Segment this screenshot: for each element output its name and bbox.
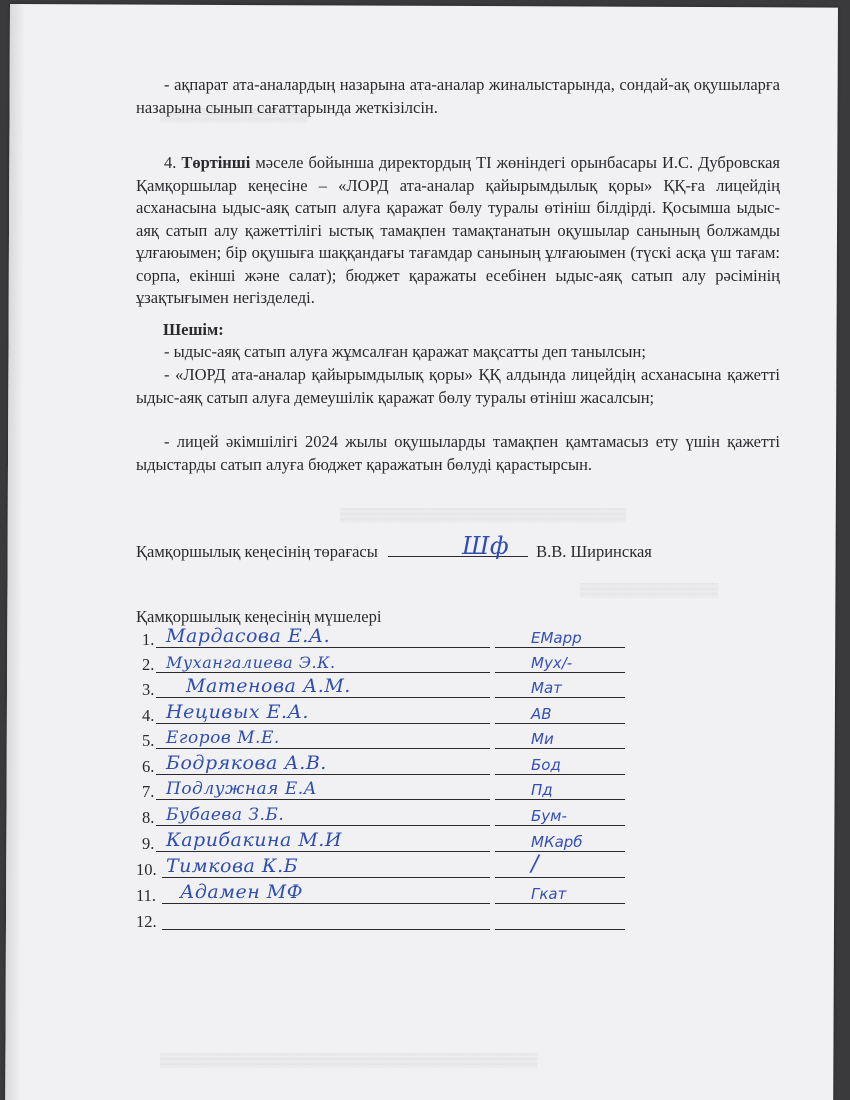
member-name: Тимкова К.Б bbox=[166, 855, 298, 877]
member-row: 10. Тимкова К.Б / bbox=[136, 854, 636, 881]
member-name-line bbox=[156, 748, 490, 749]
item-4-paragraph: 4. Төртінші мәселе бойынша директордың Т… bbox=[136, 152, 780, 310]
member-name-line bbox=[156, 799, 490, 800]
member-number: 1. bbox=[142, 631, 154, 649]
member-number: 8. bbox=[142, 809, 154, 827]
member-name-line bbox=[156, 723, 490, 724]
member-signature: Пд bbox=[531, 781, 553, 799]
chair-signature-row: Қамқоршылық кеңесінің төрағасы В.В. Шири… bbox=[136, 539, 652, 563]
member-row: 11. Адамен МФ Гкат bbox=[136, 880, 636, 907]
member-number: 10. bbox=[136, 861, 157, 879]
member-name-line bbox=[156, 825, 490, 826]
member-signature: Бум- bbox=[531, 807, 567, 825]
member-row: 4. Нецивых Е.А. АВ bbox=[136, 700, 636, 727]
member-name-line bbox=[156, 851, 490, 852]
member-number: 9. bbox=[142, 835, 154, 853]
member-name: Бубаева З.Б. bbox=[166, 805, 284, 825]
member-row: 2. Мухангалиева Э.К. Мух/- bbox=[136, 649, 636, 676]
member-signature: Бод bbox=[531, 756, 561, 774]
member-row: 12. bbox=[136, 906, 636, 933]
decision-item-2: - «ЛОРД ата-аналар қайырымдылық қоры» ҚҚ… bbox=[136, 364, 780, 409]
member-row: 5. Егоров М.Е. Ми bbox=[136, 725, 636, 752]
member-signature: Гкат bbox=[531, 885, 566, 903]
member-signature-line bbox=[495, 647, 625, 648]
member-name-line bbox=[156, 647, 490, 648]
member-name-line bbox=[156, 697, 490, 698]
member-signature-line bbox=[495, 825, 625, 826]
member-signature-line bbox=[495, 851, 625, 852]
member-signature-line bbox=[495, 723, 625, 724]
member-row: 9. Карибакина М.И МКарб bbox=[136, 828, 636, 855]
member-name: Мардасова Е.А. bbox=[166, 625, 330, 647]
member-name: Бодрякова А.В. bbox=[166, 752, 327, 774]
page-edge bbox=[5, 4, 24, 1100]
member-signature: Мат bbox=[531, 679, 562, 697]
item-4-number: 4. bbox=[164, 153, 176, 172]
member-number: 7. bbox=[142, 783, 154, 801]
chair-label: Қамқоршылық кеңесінің төрағасы bbox=[136, 542, 378, 561]
member-signature: Ми bbox=[531, 730, 554, 748]
member-row: 1. Мардасова Е.А. ЕМарр bbox=[136, 624, 636, 651]
item-4-bold-word: Төртінші bbox=[181, 153, 250, 172]
member-name: Мухангалиева Э.К. bbox=[166, 653, 336, 672]
member-name: Егоров М.Е. bbox=[166, 728, 280, 748]
member-number: 2. bbox=[142, 656, 154, 674]
member-name-line bbox=[156, 672, 490, 673]
member-name: Нецивых Е.А. bbox=[166, 701, 309, 723]
member-signature-line bbox=[495, 929, 625, 930]
decision-item-3: - лицей әкімшілігі 2024 жылы оқушыларды … bbox=[136, 431, 780, 476]
member-signature-line bbox=[495, 774, 625, 775]
member-number: 4. bbox=[142, 707, 154, 725]
member-row: 3. Матенова А.М. Мат bbox=[136, 674, 636, 701]
decision-heading: Шешім: bbox=[163, 319, 224, 341]
member-signature-line bbox=[495, 748, 625, 749]
member-name: Подлужная Е.А bbox=[166, 779, 317, 799]
member-number: 11. bbox=[136, 887, 156, 905]
chair-signature: Шф bbox=[462, 532, 509, 560]
member-signature-line bbox=[495, 672, 625, 673]
member-signature-line bbox=[495, 697, 625, 698]
member-name-line bbox=[162, 903, 490, 904]
intro-bullet: - ақпарат ата-аналардың назарына ата-ана… bbox=[136, 74, 780, 119]
member-number: 3. bbox=[142, 681, 154, 699]
member-signature-line bbox=[495, 903, 625, 904]
decision-item-1: - ыдыс-аяқ сатып алуға жұмсалған қаражат… bbox=[136, 341, 780, 364]
member-name: Карибакина М.И bbox=[166, 829, 342, 851]
member-name: Матенова А.М. bbox=[186, 675, 351, 697]
member-row: 8. Бубаева З.Б. Бум- bbox=[136, 802, 636, 829]
member-signature-line bbox=[495, 877, 625, 878]
member-signature: / bbox=[531, 852, 538, 877]
member-name-line bbox=[156, 774, 490, 775]
chair-name: В.В. Ширинская bbox=[536, 542, 652, 561]
member-row: 6. Бодрякова А.В. Бод bbox=[136, 751, 636, 778]
item-4-text: мәселе бойынша директордың ТІ жөніндегі … bbox=[136, 153, 780, 307]
member-number: 5. bbox=[142, 732, 154, 750]
member-name-line bbox=[162, 877, 490, 878]
member-signature: ЕМарр bbox=[531, 629, 582, 647]
member-signature-line bbox=[495, 799, 625, 800]
member-name-line bbox=[162, 929, 490, 930]
member-signature: МКарб bbox=[531, 833, 583, 851]
member-number: 12. bbox=[136, 913, 157, 931]
member-row: 7. Подлужная Е.А Пд bbox=[136, 776, 636, 803]
member-signature: Мух/- bbox=[531, 654, 572, 672]
member-name: Адамен МФ bbox=[180, 881, 303, 903]
member-signature: АВ bbox=[531, 705, 552, 723]
member-number: 6. bbox=[142, 758, 154, 776]
